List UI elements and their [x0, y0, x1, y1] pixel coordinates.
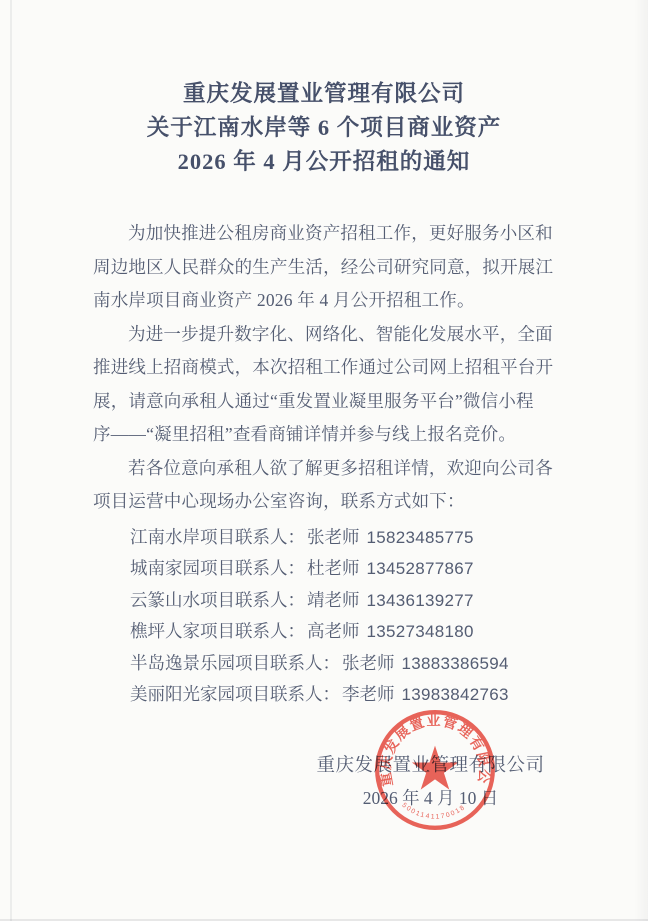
- contact-phone: 13452877867: [367, 559, 474, 578]
- contact-project: 城南家园项目联系人：: [130, 558, 305, 578]
- title-line-date-subject: 2026 年 4 月公开招租的通知: [0, 145, 648, 179]
- contact-phone: 13527348180: [367, 622, 474, 641]
- contact-teacher: 张老师: [342, 653, 395, 673]
- signature-block: 重庆发展置业管理有限公司 2026 年 4 月 10 日: [303, 751, 558, 814]
- contact-project: 云篆山水项目联系人：: [130, 590, 305, 610]
- paragraph-2-line: 展，请意向承租人通过“重发置业凝里服务平台”微信小程: [93, 385, 563, 419]
- contact-row: 半岛逸景乐园项目联系人：张老师13883386594: [130, 648, 648, 680]
- contact-row: 江南水岸项目联系人：张老师15823485775: [130, 522, 648, 554]
- contact-row: 云篆山水项目联系人：靖老师13436139277: [130, 585, 648, 617]
- title-line-company: 重庆发展置业管理有限公司: [0, 77, 648, 111]
- scan-artifact-right: [634, 0, 648, 921]
- paragraph-3-line: 若各位意向承租人欲了解更多招租详情，欢迎向公司各: [93, 452, 563, 486]
- contact-teacher: 张老师: [307, 527, 360, 547]
- paragraph-2-line: 为进一步提升数字化、网络化、智能化发展水平，全面: [93, 318, 563, 352]
- contact-teacher: 高老师: [307, 621, 360, 641]
- document-title: 重庆发展置业管理有限公司 关于江南水岸等 6 个项目商业资产 2026 年 4 …: [0, 0, 648, 179]
- signature-date: 2026 年 4 月 10 日: [303, 783, 558, 815]
- contact-project: 美丽阳光家园项目联系人：: [130, 684, 340, 704]
- scanned-notice-page: 重庆发展置业管理有限公司 关于江南水岸等 6 个项目商业资产 2026 年 4 …: [0, 0, 648, 921]
- signature-company: 重庆发展置业管理有限公司: [303, 751, 558, 783]
- paragraph-1-line: 周边地区人民群众的生产生活，经公司研究同意，拟开展江: [93, 251, 563, 285]
- contact-phone: 13883386594: [402, 654, 509, 673]
- document-body: 为加快推进公租房商业资产招租工作，更好服务小区和 周边地区人民群众的生产生活，经…: [93, 217, 563, 519]
- contact-teacher: 靖老师: [307, 590, 360, 610]
- contact-project: 江南水岸项目联系人：: [130, 527, 305, 547]
- title-line-subject: 关于江南水岸等 6 个项目商业资产: [0, 111, 648, 145]
- scan-artifact-left: [10, 0, 12, 921]
- contact-row: 城南家园项目联系人：杜老师13452877867: [130, 553, 648, 585]
- contact-phone: 13983842763: [402, 685, 509, 704]
- contact-phone: 13436139277: [367, 591, 474, 610]
- contact-project: 半岛逸景乐园项目联系人：: [130, 653, 340, 673]
- paragraph-2-line: 推进线上招商模式，本次招租工作通过公司网上招租平台开: [93, 351, 563, 385]
- contact-row: 美丽阳光家园项目联系人：李老师13983842763: [130, 679, 648, 711]
- paragraph-1-line: 为加快推进公租房商业资产招租工作，更好服务小区和: [93, 217, 563, 251]
- paragraph-3-line: 项目运营中心现场办公室咨询，联系方式如下：: [93, 485, 563, 519]
- contact-row: 樵坪人家项目联系人：高老师13527348180: [130, 616, 648, 648]
- contact-project: 樵坪人家项目联系人：: [130, 621, 305, 641]
- contact-teacher: 李老师: [342, 684, 395, 704]
- paragraph-2-line: 序——“凝里招租”查看商铺详情并参与线上报名竞价。: [93, 418, 563, 452]
- contact-teacher: 杜老师: [307, 558, 360, 578]
- contact-list: 江南水岸项目联系人：张老师15823485775 城南家园项目联系人：杜老师13…: [130, 522, 648, 711]
- paragraph-1-line: 南水岸项目商业资产 2026 年 4 月公开招租工作。: [93, 284, 563, 318]
- contact-phone: 15823485775: [367, 528, 474, 547]
